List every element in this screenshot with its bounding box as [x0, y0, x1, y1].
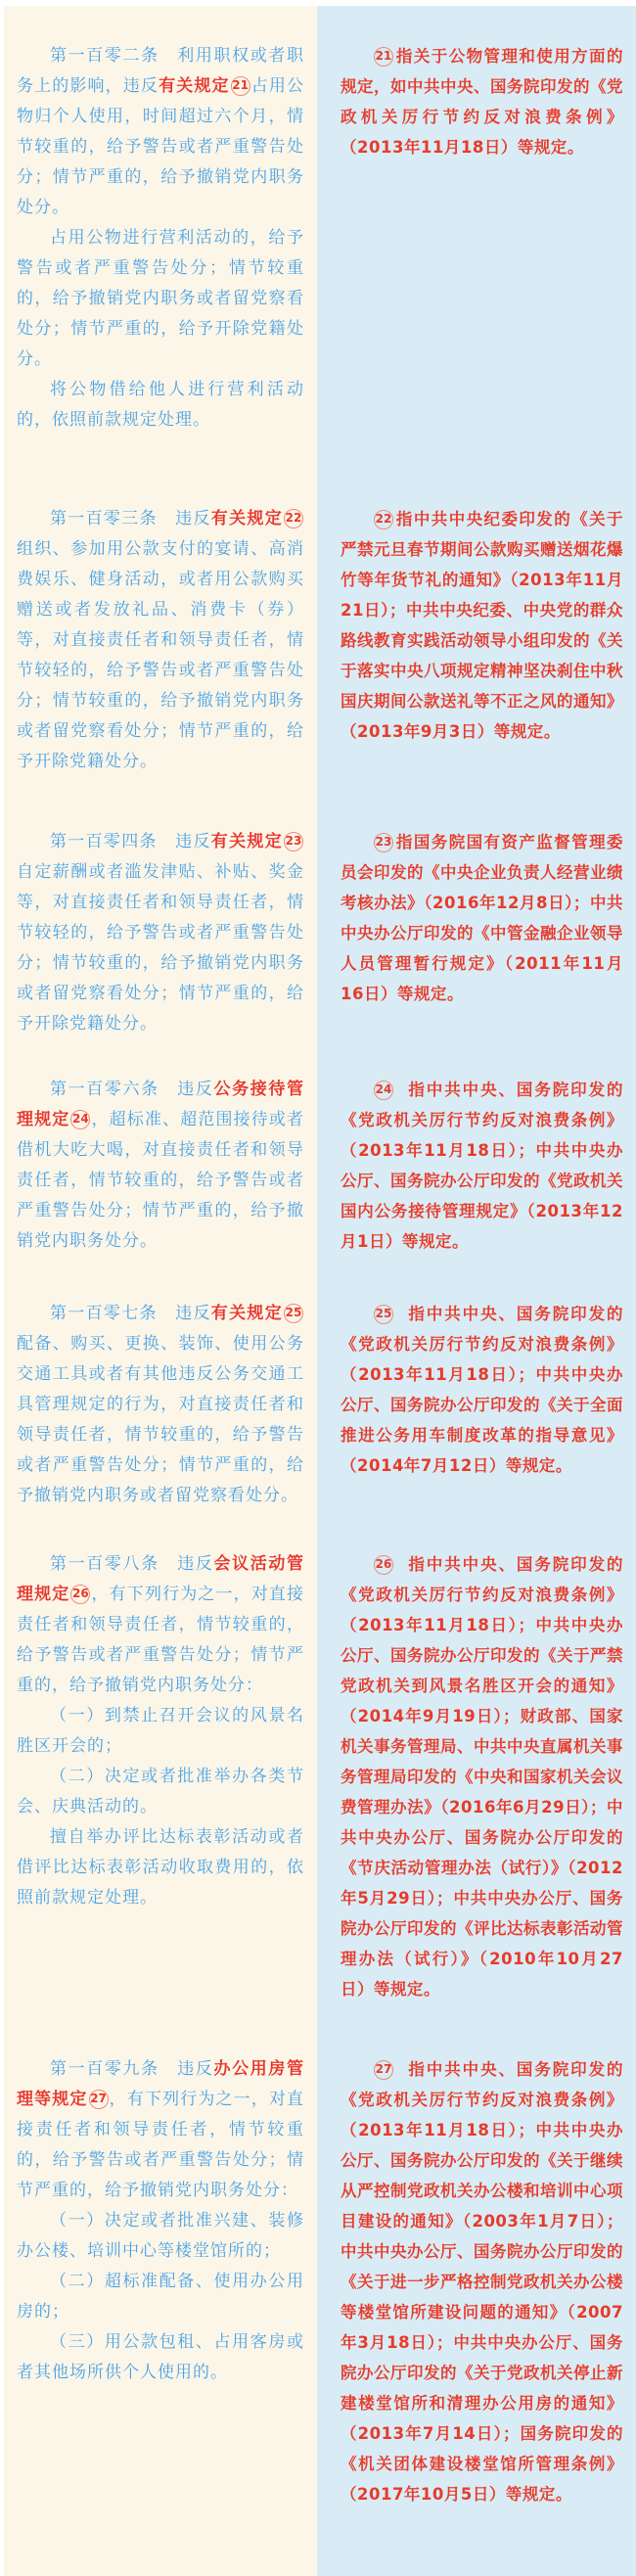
note-column-cell: 24指中共中央、国务院印发的《党政机关厉行节约反对浪费条例》（2013年11月1…: [317, 1039, 636, 1257]
article-paragraph: 第一百零八条 违反会议活动管理规定26，有下列行为之一，对直接责任者和领导责任者…: [17, 1549, 304, 1701]
article-note-row: 第一百零七条 违反有关规定25配备、购买、更换、装饰、使用公务交通工具或者有其他…: [0, 1257, 636, 1511]
article-text: 配备、购买、更换、装饰、使用公务交通工具或者有其他违反公务交通工具管理规定的行为…: [17, 1334, 304, 1505]
article-column-cell: 第一百零六条 违反公务接待管理规定24，超标准、超范围接待或者借机大吃大喝，对直…: [0, 1039, 317, 1257]
article-column-cell: 第一百零七条 违反有关规定25配备、购买、更换、装饰、使用公务交通工具或者有其他…: [0, 1257, 317, 1511]
highlighted-term: 有关规定: [159, 76, 230, 96]
note-column-cell: 26指中共中央、国务院印发的《党政机关厉行节约反对浪费条例》（2013年11月1…: [317, 1511, 636, 2004]
article-paragraph: 第一百零七条 违反有关规定25配备、购买、更换、装饰、使用公务交通工具或者有其他…: [17, 1299, 304, 1511]
footnote: 27指中共中央、国务院印发的《党政机关厉行节约反对浪费条例》（2013年11月1…: [341, 2054, 623, 2509]
footnote-ref-badge: 21: [231, 76, 250, 96]
article-column-cell: 第一百零四条 违反有关规定23自定薪酬或者滥发津贴、补贴、奖金等，对直接责任者和…: [0, 777, 317, 1039]
footnote-number-badge: 23: [374, 833, 393, 852]
footnote-number-badge: 22: [374, 510, 393, 529]
footnote-ref-badge: 25: [284, 1304, 303, 1323]
article-paragraph: 将公物借给他人进行营利活动的，依照前款规定处理。: [17, 375, 304, 436]
article-paragraph: （一）决定或者批准兴建、装修办公楼、培训中心等楼堂馆所的；: [17, 2206, 304, 2267]
article-text: 第一百零三条 违反: [50, 509, 211, 529]
article-text: 第一百零九条 违反: [50, 2059, 214, 2079]
footnote-number-badge: 27: [374, 2060, 393, 2080]
footnote-text: 指国务院国有资产监督管理委员会印发的《中央企业负责人经营业绩考核办法》（2016…: [341, 833, 623, 1003]
document-page: 第一百零二条 利用职权或者职务上的影响，违反有关规定21占用公物归个人使用，时间…: [0, 0, 636, 2576]
footnote-ref-badge: 23: [284, 832, 303, 851]
article-text: ，超标准、超范围接待或者借机大吃大喝，对直接责任者和领导责任者，情节较重的，给予…: [17, 1110, 304, 1251]
note-column-cell: 23指国务院国有资产监督管理委员会印发的《中央企业负责人经营业绩考核办法》（20…: [317, 777, 636, 1039]
article-text: 擅自举办评比达标表彰活动或者借评比达标表彰活动收取费用的，依照前款规定处理。: [17, 1827, 304, 1908]
article-text: 组织、参加用公款支付的宴请、高消费娱乐、健身活动，或者用公款购买赠送或者发放礼品…: [17, 539, 304, 771]
article-paragraph: 擅自举办评比达标表彰活动或者借评比达标表彰活动收取费用的，依照前款规定处理。: [17, 1822, 304, 1913]
note-column-cell: 27指中共中央、国务院印发的《党政机关厉行节约反对浪费条例》（2013年11月1…: [317, 2004, 636, 2576]
article-note-row: 第一百零八条 违反会议活动管理规定26，有下列行为之一，对直接责任者和领导责任者…: [0, 1511, 636, 2004]
highlighted-term: 有关规定: [211, 1304, 283, 1323]
article-paragraph: （一）到禁止召开会议的风景名胜区开会的；: [17, 1701, 304, 1762]
article-text: 第一百零七条 违反: [50, 1304, 211, 1323]
article-text: 占用公物归个人使用，时间超过六个月，情节较重的，给予警告或者严重警告处分；情节严…: [17, 76, 304, 217]
note-column-cell: 21指关于公物管理和使用方面的规定，如中共中央、国务院印发的《党政机关厉行节约反…: [317, 6, 636, 436]
note-column-cell: 22指中共中央纪委印发的《关于严禁元旦春节期间公款购买赠送烟花爆竹等年货节礼的通…: [317, 436, 636, 777]
article-text: 第一百零六条 违反: [50, 1080, 214, 1099]
article-text: （一）到禁止召开会议的风景名胜区开会的；: [17, 1706, 304, 1756]
footnote-text: 指中共中央纪委印发的《关于严禁元旦春节期间公款购买赠送烟花爆竹等年货节礼的通知》…: [341, 510, 623, 741]
article-paragraph: 第一百零六条 违反公务接待管理规定24，超标准、超范围接待或者借机大吃大喝，对直…: [17, 1075, 304, 1257]
article-note-row: 第一百零六条 违反公务接待管理规定24，超标准、超范围接待或者借机大吃大喝，对直…: [0, 1039, 636, 1257]
footnote-text: 指中共中央、国务院印发的《党政机关厉行节约反对浪费条例》（2013年11月18日…: [341, 2060, 623, 2504]
article-text: 将公物借给他人进行营利活动的，依照前款规定处理。: [17, 380, 304, 430]
article-column-cell: 第一百零三条 违反有关规定22组织、参加用公款支付的宴请、高消费娱乐、健身活动，…: [0, 436, 317, 777]
note-column-cell: 25指中共中央、国务院印发的《党政机关厉行节约反对浪费条例》（2013年11月1…: [317, 1257, 636, 1511]
article-paragraph: 第一百零二条 利用职权或者职务上的影响，违反有关规定21占用公物归个人使用，时间…: [17, 41, 304, 223]
article-paragraph: 占用公物进行营利活动的，给予警告或者严重警告处分；情节较重的，给予撤销党内职务或…: [17, 223, 304, 375]
footnote-number-badge: 24: [374, 1081, 393, 1100]
footnote-ref-badge: 24: [70, 1110, 90, 1129]
footnote-number-badge: 25: [374, 1305, 393, 1324]
article-paragraph: 第一百零三条 违反有关规定22组织、参加用公款支付的宴请、高消费娱乐、健身活动，…: [17, 504, 304, 777]
footnote-ref-badge: 22: [284, 509, 303, 529]
footnote-number-badge: 21: [374, 47, 393, 67]
article-note-row: 第一百零三条 违反有关规定22组织、参加用公款支付的宴请、高消费娱乐、健身活动，…: [0, 436, 636, 777]
footnote-ref-badge: 27: [89, 2090, 109, 2109]
footnote: 24指中共中央、国务院印发的《党政机关厉行节约反对浪费条例》（2013年11月1…: [341, 1075, 623, 1257]
article-note-row: 第一百零九条 违反办公用房管理等规定27，有下列行为之一，对直接责任者和领导责任…: [0, 2004, 636, 2576]
article-text: （三）用公款包租、占用客房或者其他场所供个人使用的。: [17, 2332, 304, 2382]
article-text: （二）决定或者批准举办各类节会、庆典活动的。: [17, 1767, 304, 1817]
footnote: 26指中共中央、国务院印发的《党政机关厉行节约反对浪费条例》（2013年11月1…: [341, 1549, 623, 2004]
article-paragraph: 第一百零四条 违反有关规定23自定薪酬或者滥发津贴、补贴、奖金等，对直接责任者和…: [17, 827, 304, 1039]
footnote-text: 指中共中央、国务院印发的《党政机关厉行节约反对浪费条例》（2013年11月18日…: [341, 1305, 623, 1475]
article-text: 第一百零八条 违反: [50, 1554, 214, 1574]
footnote: 22指中共中央纪委印发的《关于严禁元旦春节期间公款购买赠送烟花爆竹等年货节礼的通…: [341, 504, 623, 747]
footnote-text: 指中共中央、国务院印发的《党政机关厉行节约反对浪费条例》（2013年11月18日…: [341, 1081, 623, 1251]
article-column-cell: 第一百零九条 违反办公用房管理等规定27，有下列行为之一，对直接责任者和领导责任…: [0, 2004, 317, 2576]
article-note-row: 第一百零二条 利用职权或者职务上的影响，违反有关规定21占用公物归个人使用，时间…: [0, 6, 636, 436]
article-paragraph: （二）决定或者批准举办各类节会、庆典活动的。: [17, 1762, 304, 1822]
highlighted-term: 有关规定: [211, 509, 283, 529]
article-text: 第一百零四条 违反: [50, 832, 211, 851]
article-text: 占用公物进行营利活动的，给予警告或者严重警告处分；情节较重的，给予撤销党内职务或…: [17, 228, 304, 369]
article-paragraph: （三）用公款包租、占用客房或者其他场所供个人使用的。: [17, 2327, 304, 2388]
footnote: 23指国务院国有资产监督管理委员会印发的《中央企业负责人经营业绩考核办法》（20…: [341, 827, 623, 1009]
article-text: （一）决定或者批准兴建、装修办公楼、培训中心等楼堂馆所的；: [17, 2211, 304, 2261]
article-text: 自定薪酬或者滥发津贴、补贴、奖金等，对直接责任者和领导责任者，情节较轻的，给予警…: [17, 862, 304, 1034]
footnote-ref-badge: 26: [70, 1585, 90, 1604]
article-text: （二）超标准配备、使用办公用房的；: [17, 2272, 304, 2322]
footnote-number-badge: 26: [374, 1555, 393, 1575]
footnote: 25指中共中央、国务院印发的《党政机关厉行节约反对浪费条例》（2013年11月1…: [341, 1299, 623, 1481]
article-paragraph: 第一百零九条 违反办公用房管理等规定27，有下列行为之一，对直接责任者和领导责任…: [17, 2054, 304, 2206]
highlighted-term: 有关规定: [211, 832, 283, 851]
footnote-text: 指中共中央、国务院印发的《党政机关厉行节约反对浪费条例》（2013年11月18日…: [341, 1555, 623, 1999]
article-note-row: 第一百零四条 违反有关规定23自定薪酬或者滥发津贴、补贴、奖金等，对直接责任者和…: [0, 777, 636, 1039]
article-paragraph: （二）超标准配备、使用办公用房的；: [17, 2267, 304, 2327]
footnote: 21指关于公物管理和使用方面的规定，如中共中央、国务院印发的《党政机关厉行节约反…: [341, 41, 623, 162]
article-column-cell: 第一百零二条 利用职权或者职务上的影响，违反有关规定21占用公物归个人使用，时间…: [0, 6, 317, 436]
article-column-cell: 第一百零八条 违反会议活动管理规定26，有下列行为之一，对直接责任者和领导责任者…: [0, 1511, 317, 2004]
